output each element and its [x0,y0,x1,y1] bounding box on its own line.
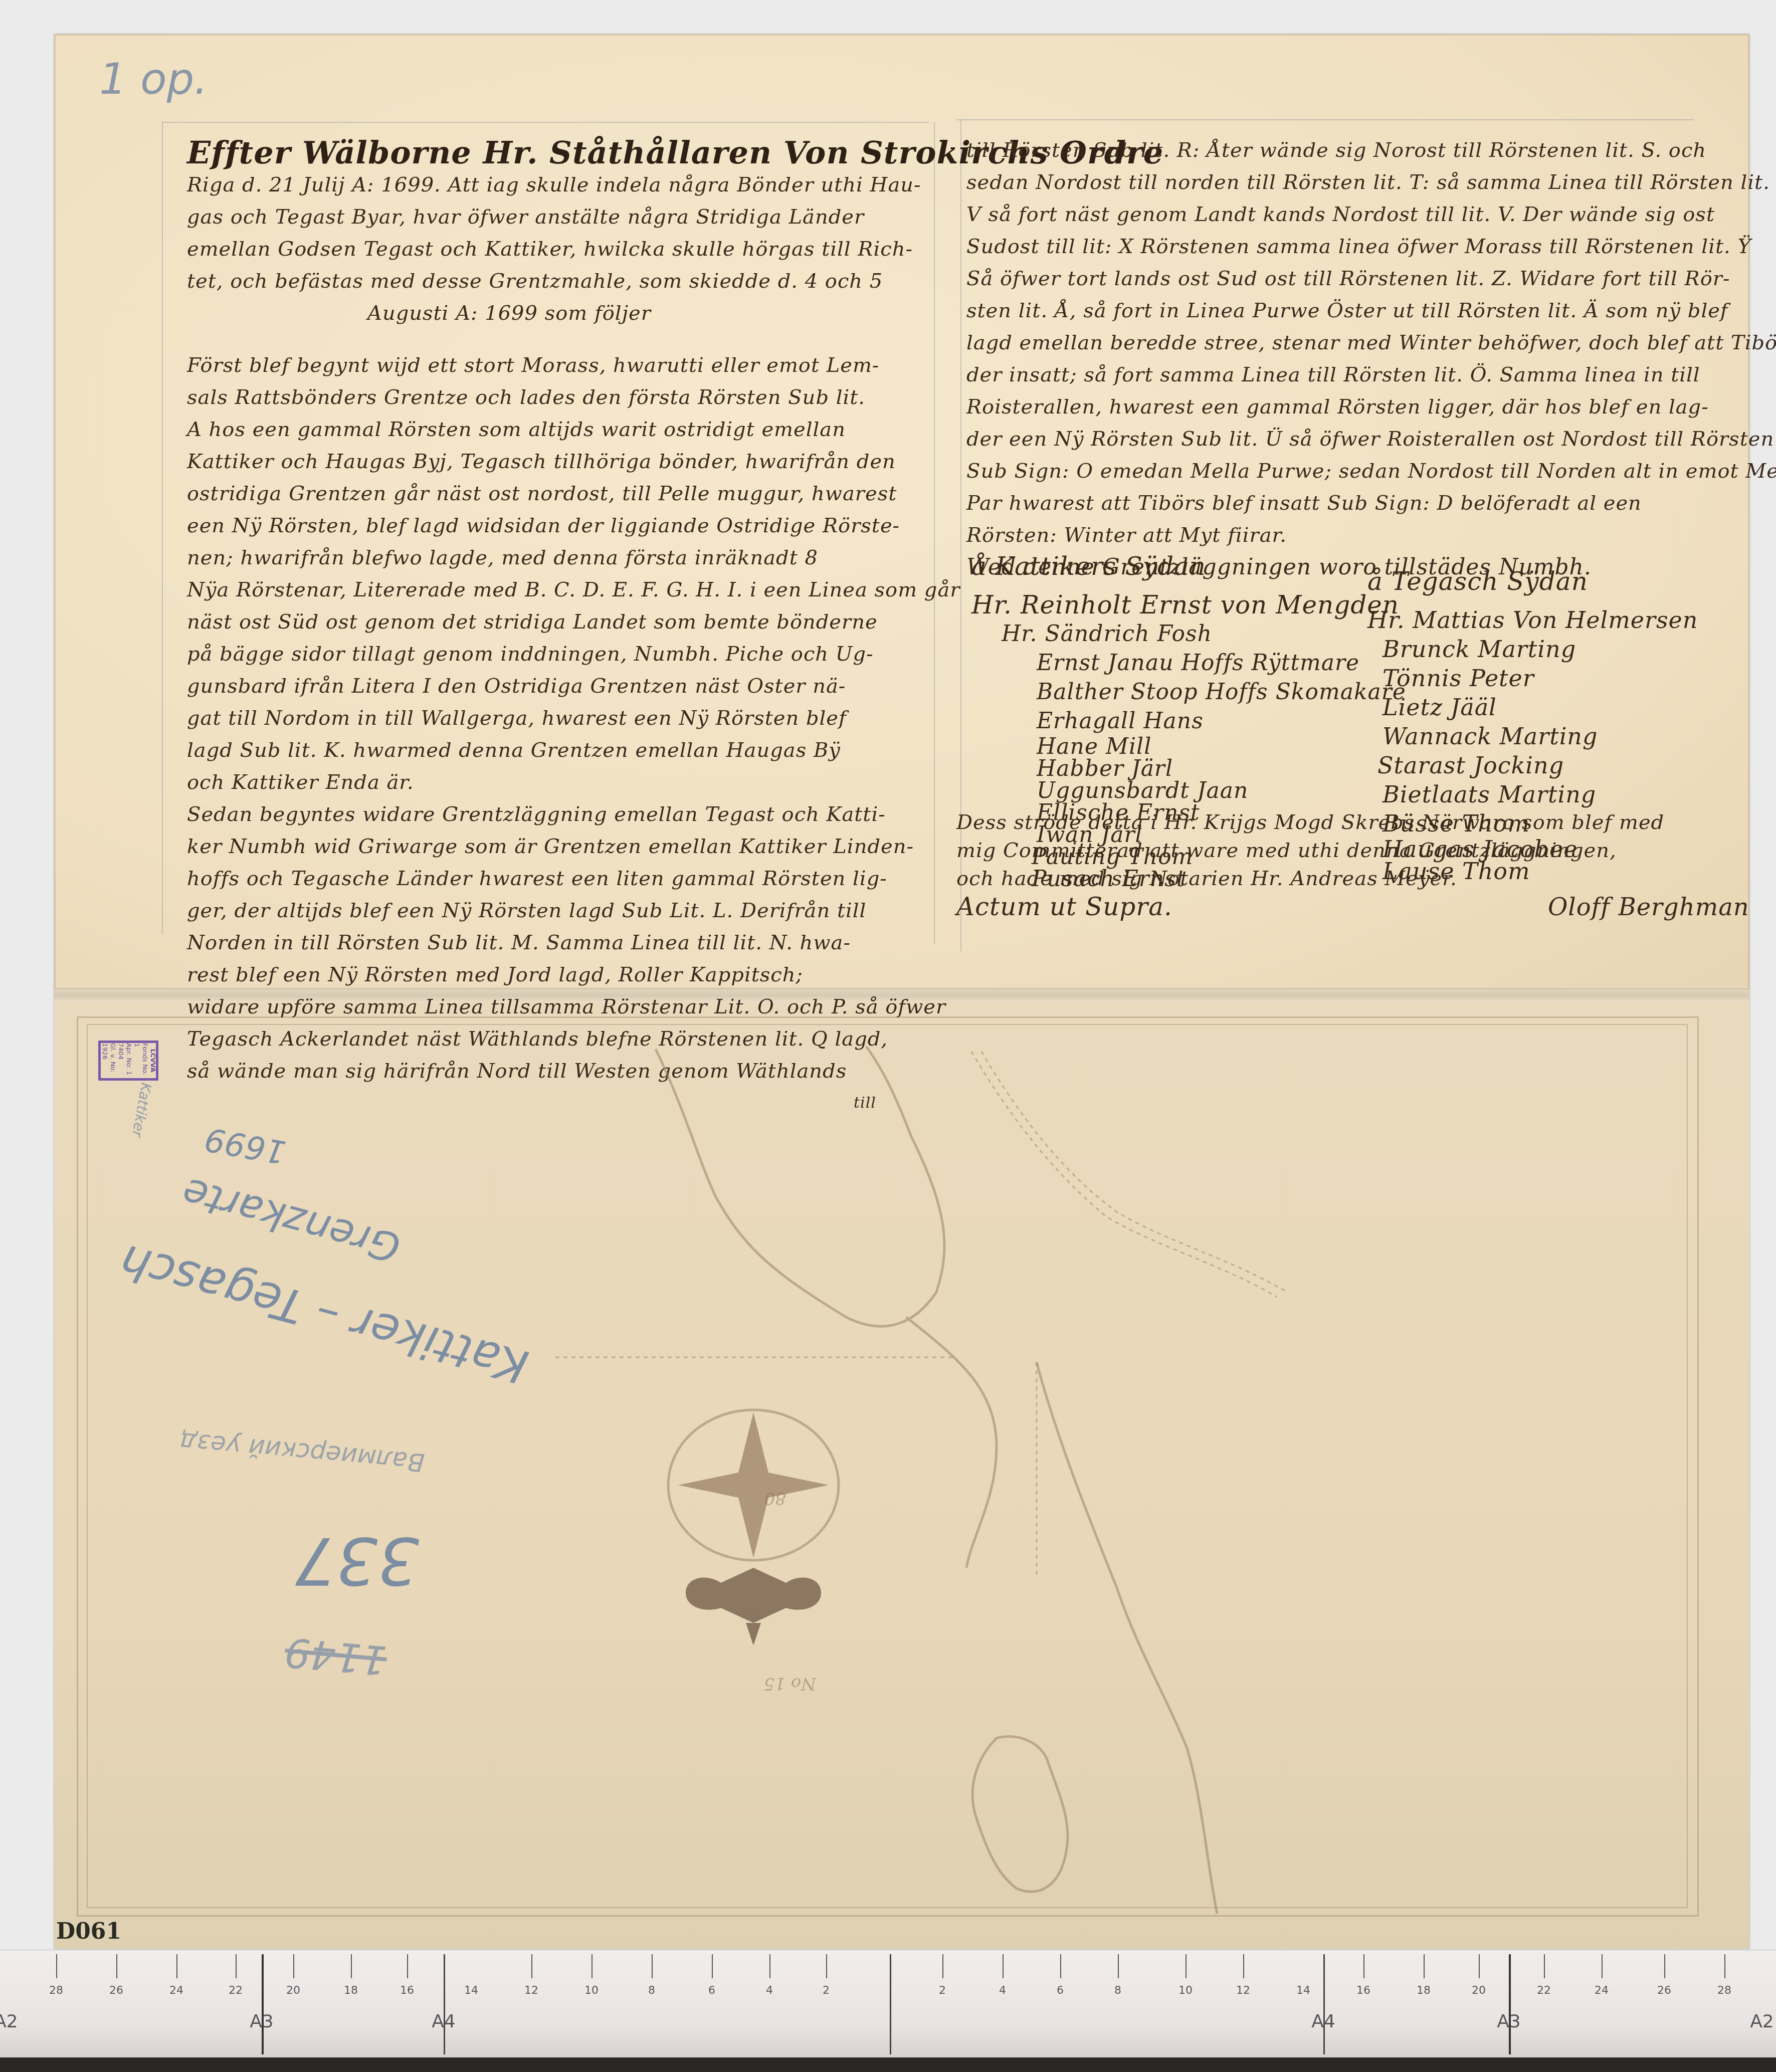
ruler-label: 10 [584,1984,599,1997]
paragraph-line: der insatt; så fort samma Linea till Rör… [966,359,1698,391]
witness-name: Bietlaats Marting [1367,780,1698,809]
paragraph-line: Sub Sign: O emedan Mella Purwe; sedan No… [966,455,1698,487]
paragraph-line: på bägge sidor tillagt genom inddningen,… [187,638,929,670]
witness-name: Wannack Marting [1367,722,1698,751]
center-margin-rule [934,122,935,944]
right-column-text: till Rörsten Sub lit. R: Åter wände sig … [966,134,1698,583]
signature: Oloff Berghman [1548,891,1749,923]
paragraph-line: Så öfwer tort lands ost Sud ost till Rör… [966,263,1698,295]
paragraph-line: sals Rattsbönders Grentze och lades den … [187,381,929,413]
ruler-label: 22 [1537,1984,1551,1997]
ruler-label: 8 [648,1984,655,1997]
paragraph-line: rest blef een Nÿ Rörsten med Jord lagd, … [187,959,929,991]
paragraph-line: Sedan begyntes widare Grentzläggning eme… [187,798,929,831]
stamp-apr-no: Apr. No: 1 7404 [116,1043,132,1078]
witness-name: Uggunsbardt Jaan [971,780,1406,802]
stamp-title: LCVVA [148,1049,156,1072]
ruler-label: 2 [823,1984,830,1997]
measurement-ruler: 28 26 24 22 20 18 16 14 12 10 8 6 4 2 2 … [0,1950,1776,2058]
witness-name: Tönnis Peter [1367,664,1698,693]
ruler-label: 6 [1057,1984,1064,1997]
archive-stamp: LCVVA Fonds No: 1 Apr. No: 1 7404 Gl. v.… [98,1041,158,1081]
paragraph-line: Nÿa Rörstenar, Litererade med B. C. D. E… [187,574,929,606]
ruler-label: 14 [1296,1984,1310,1997]
ruler-label: 12 [1236,1984,1250,1997]
paragraph-line: Par hwarest att Tibörs blef insatt Sub S… [966,487,1698,519]
paragraph-line: Rörsten: Winter att Myt fiirar. [966,519,1698,551]
ruler-label: 28 [49,1984,63,1997]
paper-size-label: A4 [1311,2011,1335,2032]
ruler-label: 20 [286,1984,300,1997]
heading-line: tet, och befästas med desse Grentzmahle,… [187,265,929,297]
paragraph-line: een Nÿ Rörsten, blef lagd widsidan der l… [187,510,929,542]
document-heading: Effter Wälborne Hr. Ståthållaren Von Str… [187,137,929,169]
paragraph-line: nen; hwarifrån blefwo lagde, med denna f… [187,542,929,574]
paragraph-line: ger, der altijds blef een Nÿ Rörsten lag… [187,895,929,927]
paragraph-line: till Rörsten Sub lit. R: Åter wände sig … [966,134,1698,166]
paragraph-line: V så fort näst genom Landt kands Nordost… [966,198,1698,231]
paragraph-line: Norden in till Rörsten Sub lit. M. Samma… [187,927,929,959]
header-rule [162,122,929,123]
ruler-label: 22 [229,1984,243,1997]
pencil-number: 337 [295,1523,419,1599]
paragraph-line: lagd Sub lit. K. hwarmed denna Grentzen … [187,734,929,766]
closing-line: och hade med sig Notarien Hr. Andreas Me… [956,865,1693,893]
paragraph-line: gunsbard ifrån Litera I den Ostridiga Gr… [187,670,929,702]
ruler-label: 24 [169,1984,183,1997]
paragraph-line: gat till Nordom in till Wallgerga, hware… [187,702,929,734]
ruler-label: 2 [939,1984,946,1997]
paragraph-line: Roisterallen, hwarest een gammal Rörsten… [966,391,1698,423]
heading-line: Riga d. 21 Julij A: 1699. Att iag skulle… [187,169,929,201]
paper-size-label: A3 [250,2011,274,2032]
paper-size-label: A2 [1750,2011,1774,2032]
right-header-rule [956,119,1693,120]
stamp-fonds: Fonds No: 1 [132,1043,148,1078]
paragraph-line: lagd emellan beredde stree, stenar med W… [966,327,1698,359]
ruler-label: 28 [1717,1984,1731,1997]
paragraph-line: Tegasch Ackerlandet näst Wäthlands blefn… [187,1023,929,1055]
ruler-label: 16 [400,1984,414,1997]
pencil-struck-number: 1149 [283,1628,388,1684]
scanner-edge [0,2057,1776,2072]
witness-name: Habber Järl [971,758,1406,780]
ruler-label: 10 [1178,1984,1193,1997]
ruler-label: 12 [524,1984,538,1997]
ruler-label: 4 [999,1984,1006,1997]
ruler-label: 24 [1595,1984,1609,1997]
witness-name: Hr. Sändrich Fosh [971,619,1406,649]
paragraph-line: Kattiker och Haugas Byj, Tegasch tillhör… [187,446,929,478]
kattikers-heading: å Kattikers Sÿdan [971,550,1206,582]
manuscript-sheet: 1 op. Effter Wälborne Hr. Ståthållaren V… [54,34,1749,1949]
left-column-text: Effter Wälborne Hr. Ståthållaren Von Str… [187,137,929,1119]
heading-line: Augusti A: 1699 som följer [187,297,929,329]
witness-name: Lietz Jääl [1367,693,1698,722]
ruler-label: 20 [1472,1984,1486,1997]
witness-name: Ernst Janau Hoffs Rÿttmare [971,649,1406,678]
catchword: till [187,1087,929,1119]
heading-line: emellan Godsen Tegast och Kattiker, hwil… [187,233,929,265]
ruler-label: 14 [464,1984,478,1997]
paragraph-line: så wände man sig härifrån Nord till West… [187,1055,929,1087]
heading-line: gas och Tegast Byar, hvar öfwer anstälte… [187,201,929,233]
witness-name: Hane Mill [971,736,1406,758]
ruler-label: 26 [1657,1984,1671,1997]
paper-size-label: A4 [432,2011,456,2032]
paragraph-line: ostridiga Grentzen går näst ost nordost,… [187,478,929,510]
left-margin-rule [162,122,163,934]
paragraph-line: och Kattiker Enda är. [187,766,929,798]
witness-name: Hr. Mattias Von Helmersen [1367,605,1698,635]
ruler-label: 18 [344,1984,358,1997]
folio-mark: 1 op. [99,54,208,104]
closing-line: mig Committerad att ware med uthi denna … [956,837,1693,865]
paragraph-line: ker Numbh wid Griwarge som är Grentzen e… [187,831,929,863]
witness-name: Starast Jocking [1367,751,1698,780]
witness-name: Hr. Reinholt Ernst von Mengden [971,590,1406,619]
stamp-gl-no: Gl. v. No: 1926 [100,1043,116,1078]
closing-line: Dess ströde detta i Hr. Krijgs Mogd Skre… [956,808,1693,837]
paragraph-line: hoffs och Tegasche Länder hwarest een li… [187,863,929,895]
paragraph-line: A hos een gammal Rörsten som altijds war… [187,413,929,446]
witness-name: Erhagall Hans [971,707,1406,736]
paragraph-line: sten lit. Å, så fort in Linea Purwe Öste… [966,295,1698,327]
witness-name: Balther Stoop Hoffs Skomakare [971,678,1406,707]
witness-name: Brunck Marting [1367,635,1698,664]
paper-size-label: A3 [1497,2011,1521,2032]
ruler-label: 6 [708,1984,715,1997]
paragraph-line: näst ost Süd ost genom det stridiga Land… [187,606,929,638]
ruler-label: 18 [1417,1984,1431,1997]
paragraph-line: widare upföre samma Linea tillsamma Rörs… [187,991,929,1023]
paper-size-label: A2 [0,2011,18,2032]
catalog-mark: D061 [56,1919,121,1944]
paragraph-line: sedan Nordost till norden till Rörsten l… [966,166,1698,198]
paragraph-line: Först blef begynt wijd ett stort Morass,… [187,349,929,381]
ruler-label: 4 [766,1984,773,1997]
paragraph-line: Sudost till lit: X Rörstenen samma linea… [966,231,1698,263]
ruler-label: 16 [1356,1984,1370,1997]
paragraph-line: der een Nÿ Rörsten Sub lit. Ü så öfwer R… [966,423,1698,455]
ruler-label: 26 [109,1984,123,1997]
ruler-label: 8 [1114,1984,1121,1997]
